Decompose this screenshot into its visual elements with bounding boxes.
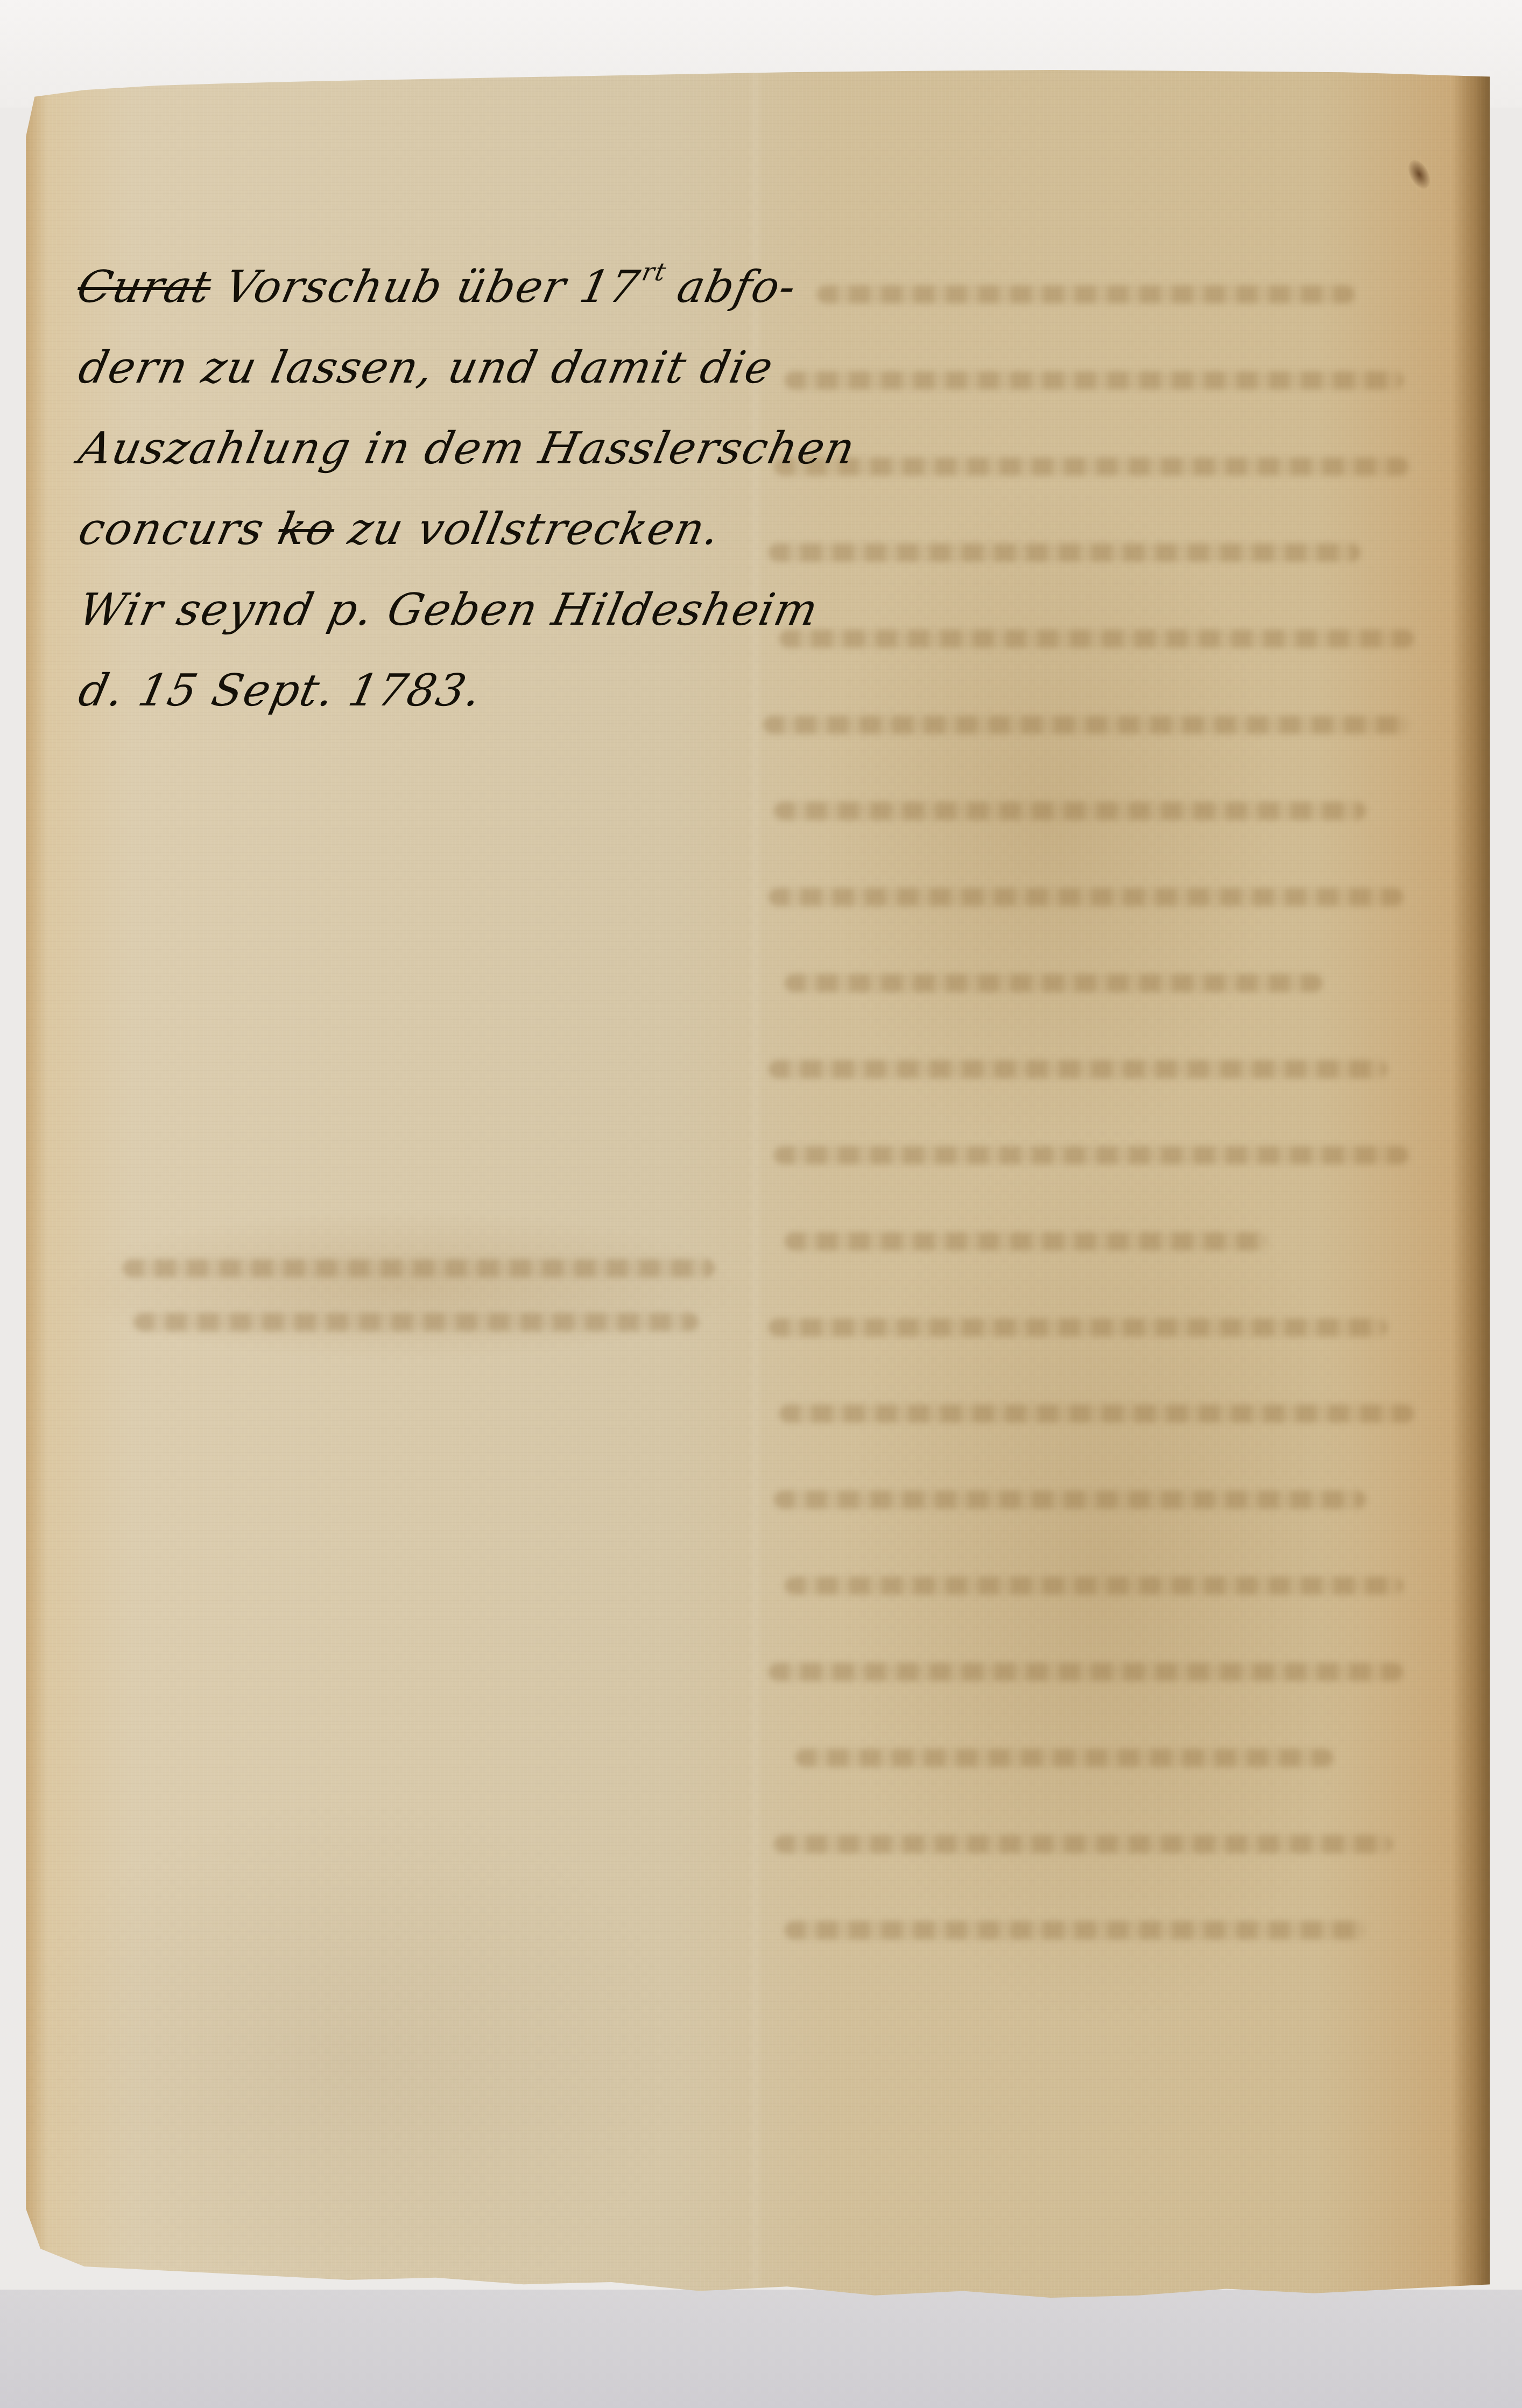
manuscript-line-4: concurs ko zu vollstrecken. bbox=[71, 489, 852, 570]
manuscript-line-1: Curat Vorschub über 17rt abfo- bbox=[69, 231, 854, 328]
adjacent-page-edge bbox=[1452, 70, 1490, 2298]
ink-stain bbox=[1404, 156, 1434, 192]
manuscript-line-2: dern zu lassen, und damit die bbox=[71, 328, 852, 408]
manuscript-line-3: Auszahlung in dem Hasslerschen bbox=[71, 408, 852, 489]
bleed-through-text-left bbox=[123, 1248, 742, 1356]
handwritten-text-block: Curat Vorschub über 17rt abfo- dern zu l… bbox=[80, 231, 844, 731]
manuscript-date-line: d. 15 Sept. 1783. bbox=[71, 651, 852, 731]
photo-backdrop-bottom bbox=[0, 2290, 1522, 2408]
struck-word: Curat bbox=[73, 262, 216, 313]
manuscript-line-5: Wir seynd p. Geben Hildesheim bbox=[71, 570, 852, 651]
manuscript-page: Curat Vorschub über 17rt abfo- dern zu l… bbox=[26, 70, 1490, 2298]
bleed-through-text bbox=[752, 242, 1452, 2072]
